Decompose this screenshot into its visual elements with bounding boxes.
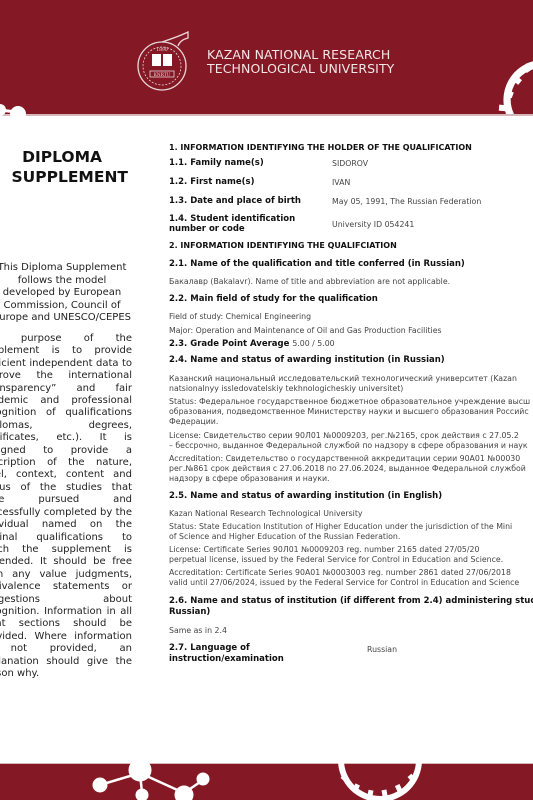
s25-status-line2: of Science and Higher Education of the R… [169,532,400,543]
supplement-model-note: This Diploma Supplement follows the mode… [0,262,132,325]
footer-banner [0,764,533,800]
s25-status-line1: Status: State Education Institution of H… [169,522,512,533]
gpa-value: 5.00 / 5.00 [292,339,334,348]
s24-name-line1: Казанский национальный исследовательский… [169,374,517,385]
student-id-label-line2: number or code [169,224,245,235]
s24-accreditation-line2: рег.№861 срок действия с 27.06.2018 по 2… [169,464,526,475]
s24-accreditation-line3: надзору в сфере образования и науки. [169,474,330,485]
language-label-line1: 2.7. Language of [169,643,250,654]
s21-heading: 2.1. Name of the qualification and title… [169,259,465,270]
molecule-decoration-icon [0,92,34,132]
s24-license-line1: License: Свидетельство серии 90Л01 №0009… [169,431,519,442]
s24-accreditation-line1: Accreditation: Свидетельство о государст… [169,454,520,465]
birth-label: 1.3. Date and place of birth [169,196,301,207]
s24-status-line1: Status: Федеральное государственное бюдж… [169,397,530,408]
first-name-label: 1.2. First name(s) [169,177,254,188]
student-id-value: University ID 054241 [332,220,414,229]
s26-heading-line2: Russian) [169,607,210,618]
s25-heading: 2.5. Name and status of awarding institu… [169,491,442,502]
document-title-line1: DIPLOMA [0,147,128,167]
family-name-label: 1.1. Family name(s) [169,158,264,169]
s21-text: Бакалавр (Bakalavr). Name of title and a… [169,277,450,288]
svg-text:KNRTU: KNRTU [154,73,171,78]
s24-status-line3: Федерации. [169,417,218,428]
s22-heading: 2.2. Main field of study for the qualifi… [169,294,378,305]
university-name-line2: TECHNOLOGICAL UNIVERSITY [207,62,394,76]
s24-heading: 2.4. Name and status of awarding institu… [169,355,445,366]
s25-name: Kazan National Research Technological Un… [169,509,363,520]
document-title-line2: SUPPLEMENT [12,168,129,186]
first-name-value: IVAN [332,178,350,187]
s24-license-line2: – бессрочно, выданное Федеральной службо… [169,441,528,452]
s22-field: Field of study: Chemical Engineering [169,312,311,323]
s25-license-line1: License: Certificate Series 90Л01 №00092… [169,545,479,556]
university-name-line1: KAZAN NATIONAL RESEARCH [207,48,394,62]
gpa-label: 2.3. Grade Point Average [169,339,289,349]
s26-text: Same as in 2.4 [169,626,227,637]
s25-accreditation-line1: Accreditation: Certificate Series 90A01 … [169,568,511,579]
supplement-purpose-text: The purpose of the supplement is to prov… [0,333,132,680]
language-value: Russian [367,645,397,654]
gpa-row: 2.3. Grade Point Average 5.00 / 5.00 [169,338,335,350]
birth-value: May 05, 1991, The Russian Federation [332,197,481,206]
university-name: KAZAN NATIONAL RESEARCH TECHNOLOGICAL UN… [207,48,394,76]
header-divider [0,114,533,116]
s25-license-line2: perpetual license, issued by the Federal… [169,555,503,566]
s24-name-line2: natsionalnyy issledovatelskiy tekhnologi… [169,384,403,395]
gear-decoration-icon [486,50,533,150]
s25-accreditation-line2: valid until 27/06/2024, issued by the Fe… [169,578,519,589]
s24-status-line2: образования, подведомственное Министерст… [169,407,529,418]
document-title: DIPLOMA SUPPLEMENT [0,147,128,187]
gear-decoration-icon [330,740,430,800]
s22-major: Major: Operation and Maintenance of Oil … [169,326,442,337]
molecule-decoration-icon [88,755,218,800]
s26-heading-line1: 2.6. Name and status of institution (if … [169,596,533,607]
svg-text:1890: 1890 [156,47,168,53]
section2-heading: 2. INFORMATION IDENTIFYING THE QUALIFCIA… [169,241,397,250]
section1-heading: 1. INFORMATION IDENTIFYING THE HOLDER OF… [169,143,472,152]
language-label-line2: instruction/examination [169,654,284,665]
knrtu-logo-icon: 1890 KNRTU [136,30,192,92]
family-name-value: SIDOROV [332,159,368,168]
